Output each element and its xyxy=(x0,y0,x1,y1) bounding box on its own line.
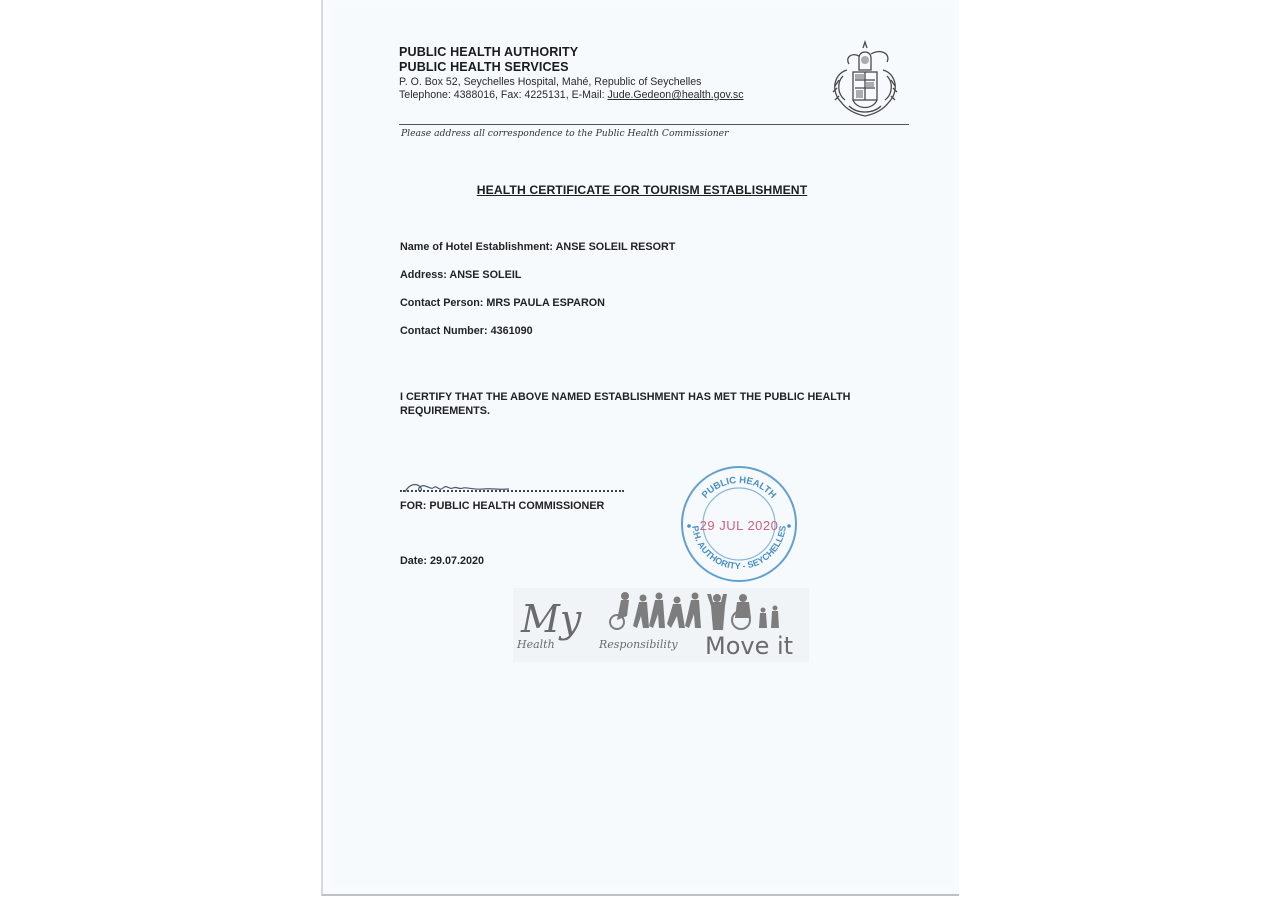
field-label: Name of Hotel Establishment: xyxy=(400,241,553,253)
field-hotel-name: Name of Hotel Establishment: ANSE SOLEIL… xyxy=(400,241,675,253)
field-label: Address: xyxy=(400,269,447,281)
official-stamp: PUBLIC HEALTH P.H. AUTHORITY - SEYCHELLE… xyxy=(678,466,800,584)
health-campaign-banner: My Health Responsibility Move it xyxy=(513,588,809,662)
letterhead-org: PUBLIC HEALTH AUTHORITY PUBLIC HEALTH SE… xyxy=(399,45,578,75)
field-label: Contact Person: xyxy=(400,297,483,309)
signature-line xyxy=(400,490,624,492)
stamp-date: 29 JUL 2020 xyxy=(700,518,779,533)
letterhead-contact: Telephone: 4388016, Fax: 4225131, E-Mail… xyxy=(399,89,744,102)
field-contact-person: Contact Person: MRS PAULA ESPARON xyxy=(400,297,605,309)
field-value: ANSE SOLEIL xyxy=(449,269,521,281)
field-label: Contact Number: xyxy=(400,325,488,337)
org-name-authority: PUBLIC HEALTH AUTHORITY xyxy=(399,45,578,60)
certificate-title: HEALTH CERTIFICATE FOR TOURISM ESTABLISH… xyxy=(323,183,961,197)
banner-responsibility: Responsibility xyxy=(598,638,678,651)
contact-numbers: Telephone: 4388016, Fax: 4225131, E-Mail… xyxy=(399,89,608,101)
banner-move-it: Move it xyxy=(705,632,793,660)
signatory-label: FOR: PUBLIC HEALTH COMMISSIONER xyxy=(400,500,604,512)
field-value: MRS PAULA ESPARON xyxy=(486,297,605,309)
certification-statement: I CERTIFY THAT THE ABOVE NAMED ESTABLISH… xyxy=(400,390,920,418)
certificate-date: Date: 29.07.2020 xyxy=(400,555,484,567)
coat-of-arms-icon xyxy=(825,40,905,124)
field-value: ANSE SOLEIL RESORT xyxy=(556,241,676,253)
letterhead-divider xyxy=(399,124,909,125)
email-link[interactable]: Jude.Gedeon@health.gov.sc xyxy=(608,89,744,101)
banner-health: Health xyxy=(516,638,555,651)
paper-background xyxy=(333,8,951,886)
signature-icon xyxy=(403,480,513,496)
document-page: PUBLIC HEALTH AUTHORITY PUBLIC HEALTH SE… xyxy=(321,0,959,896)
letterhead-address: P. O. Box 52, Seychelles Hospital, Mahé,… xyxy=(399,76,701,89)
field-value: 4361090 xyxy=(491,325,533,337)
org-name-services: PUBLIC HEALTH SERVICES xyxy=(399,60,578,75)
banner-my: My xyxy=(520,597,582,641)
field-contact-number: Contact Number: 4361090 xyxy=(400,325,533,337)
field-address: Address: ANSE SOLEIL xyxy=(400,269,521,281)
correspondence-note: Please address all correspondence to the… xyxy=(401,128,728,139)
certificate-title-text: HEALTH CERTIFICATE FOR TOURISM ESTABLISH… xyxy=(477,183,808,197)
